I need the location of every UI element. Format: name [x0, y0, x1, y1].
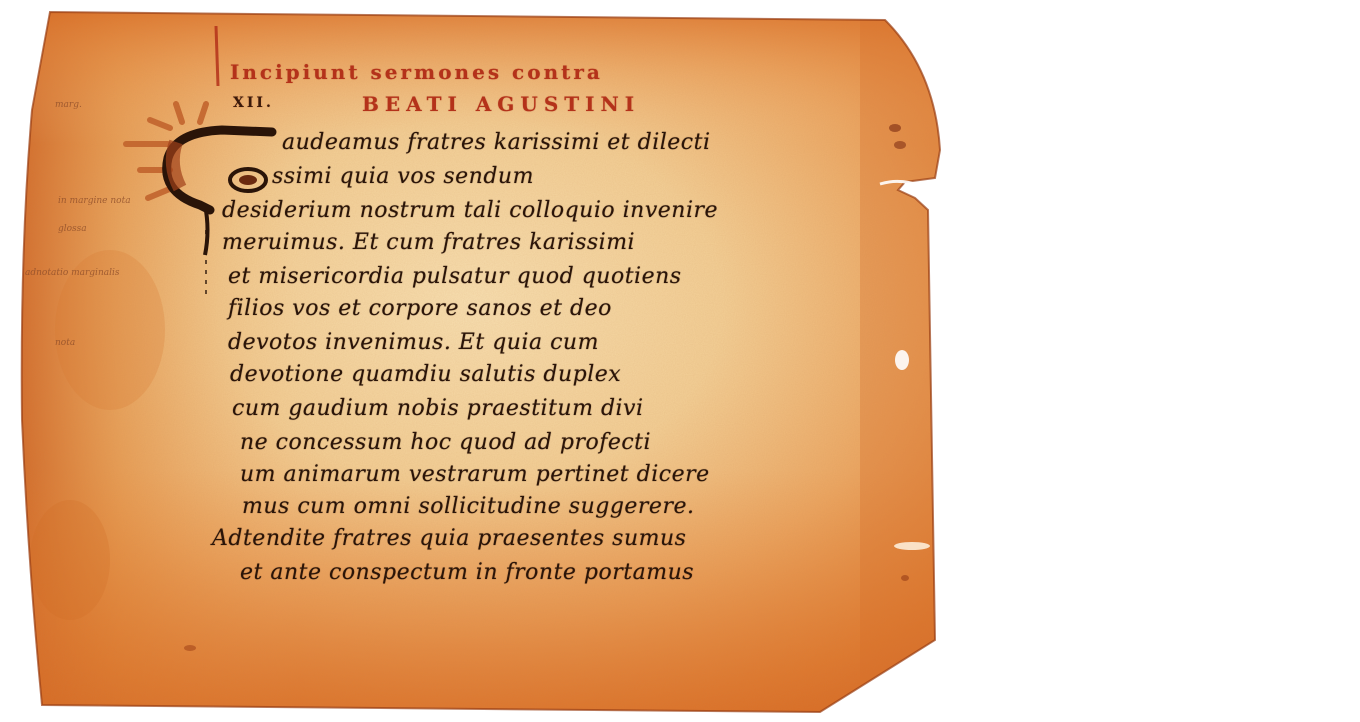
image-canvas: Incipiunt sermones contra XII. BEATI AGU… [0, 0, 1360, 722]
parchment-leaf [0, 0, 1360, 722]
